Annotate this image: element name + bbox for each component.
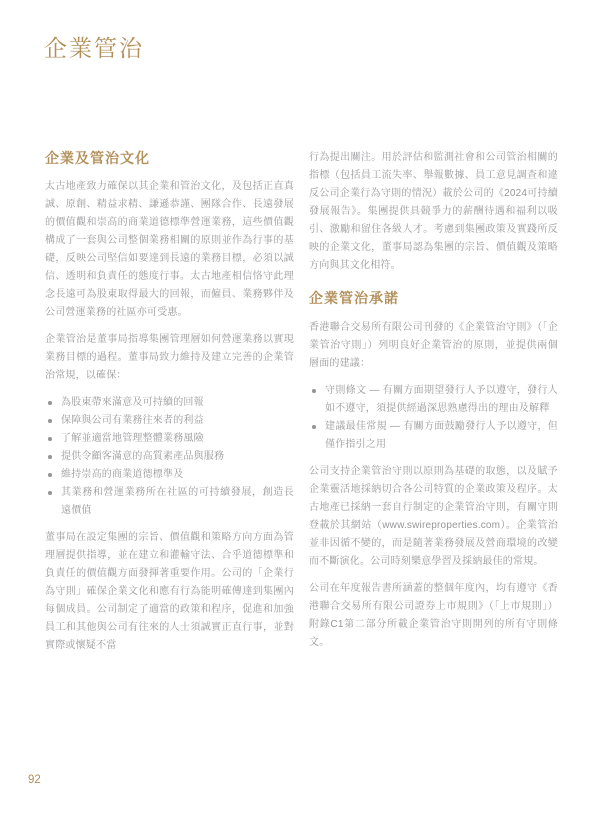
bullet-icon xyxy=(48,419,52,423)
list-item-text: 提供令顧客滿意的高質素產品與服務 xyxy=(61,451,224,462)
list-item: 守則條文 — 有關方面期望發行人予以遵守，發行人如不遵守，須提供經過深思熟慮得出… xyxy=(309,382,558,418)
page-number: 92 xyxy=(28,774,41,786)
bullet-icon xyxy=(48,473,52,477)
list-item: 提供令顧客滿意的高質素產品與服務 xyxy=(45,448,294,466)
list-item: 了解並適當地管理整體業務風險 xyxy=(45,430,294,448)
paragraph-board-role: 董事局在設定集團的宗旨、價值觀和策略方向方面為管理層提供指導，並在建立和灌輸守法… xyxy=(45,529,294,655)
bullet-icon xyxy=(312,389,316,393)
paragraph-cg-code-intro: 香港聯合交易所有限公司刊發的《企業管治守則》（「企業管治守則」）列明良好企業管治… xyxy=(309,319,558,373)
list-item: 維持崇高的商業道德標準及 xyxy=(45,466,294,484)
paragraph-cg-code-support: 公司支持企業管治守則以原則為基礎的取態，以及賦予企業靈活地採納切合各公司特質的企… xyxy=(309,463,558,571)
list-item: 為股東帶來滿意及可持續的回報 xyxy=(45,394,294,412)
list-item-text: 了解並適當地管理整體業務風險 xyxy=(61,433,204,444)
bullet-icon xyxy=(48,455,52,459)
left-column: 企業及管治文化 太古地產致力確保以其企業和管治文化，及包括正直真誠、原創、精益求… xyxy=(45,148,294,655)
list-item-text: 維持崇高的商業道德標準及 xyxy=(61,469,183,480)
bullet-icon xyxy=(48,437,52,441)
document-page: 企業管治 企業及管治文化 太古地產致力確保以其企業和管治文化，及包括正直真誠、原… xyxy=(0,0,600,814)
paragraph-governance-process: 企業管治是董事局指導集團管理層如何營運業務以實現業務目標的過程。董事局致力維持及… xyxy=(45,331,294,385)
paragraph-board-role-continued: 行為提出關注。用於評估和監測社會和公司管治相關的指標（包括員工流失率、舉報數據、… xyxy=(309,149,558,275)
list-item: 保障與公司有業務往來者的利益 xyxy=(45,412,294,430)
bullet-icon xyxy=(48,491,52,495)
cg-code-levels-list: 守則條文 — 有關方面期望發行人予以遵守，發行人如不遵守，須提供經過深思熟慮得出… xyxy=(309,382,558,454)
right-column: 行為提出關注。用於評估和監測社會和公司管治相關的指標（包括員工流失率、舉報數據、… xyxy=(309,148,558,655)
section-heading-culture: 企業及管治文化 xyxy=(45,148,294,168)
paragraph-culture-values: 太古地產致力確保以其企業和管治文化，及包括正直真誠、原創、精益求精、謙遜恭謹、團… xyxy=(45,178,294,322)
list-item-text: 守則條文 — 有關方面期望發行人予以遵守，發行人如不遵守，須提供經過深思熟慮得出… xyxy=(325,385,558,414)
section-heading-commitment: 企業管治承諾 xyxy=(309,288,558,308)
paragraph-compliance-statement: 公司在年度報告書所涵蓋的整個年度內，均有遵守《香港聯合交易所有限公司證券上市規則… xyxy=(309,580,558,652)
list-item-text: 其業務和營運業務所在社區的可持續發展，創造長遠價值 xyxy=(61,487,294,516)
bullet-icon xyxy=(48,401,52,405)
list-item-text: 建議最佳常規 — 有關方面鼓勵發行人予以遵守，但僅作指引之用 xyxy=(325,421,558,450)
two-column-body: 企業及管治文化 太古地產致力確保以其企業和管治文化，及包括正直真誠、原創、精益求… xyxy=(45,148,558,655)
list-item: 建議最佳常規 — 有關方面鼓勵發行人予以遵守，但僅作指引之用 xyxy=(309,418,558,454)
list-item-text: 為股東帶來滿意及可持續的回報 xyxy=(61,397,204,408)
list-item: 其業務和營運業務所在社區的可持續發展，創造長遠價值 xyxy=(45,484,294,520)
list-item-text: 保障與公司有業務往來者的利益 xyxy=(61,415,204,426)
bullet-icon xyxy=(312,425,316,429)
page-title: 企業管治 xyxy=(44,30,144,63)
governance-objectives-list: 為股東帶來滿意及可持續的回報 保障與公司有業務往來者的利益 了解並適當地管理整體… xyxy=(45,394,294,520)
